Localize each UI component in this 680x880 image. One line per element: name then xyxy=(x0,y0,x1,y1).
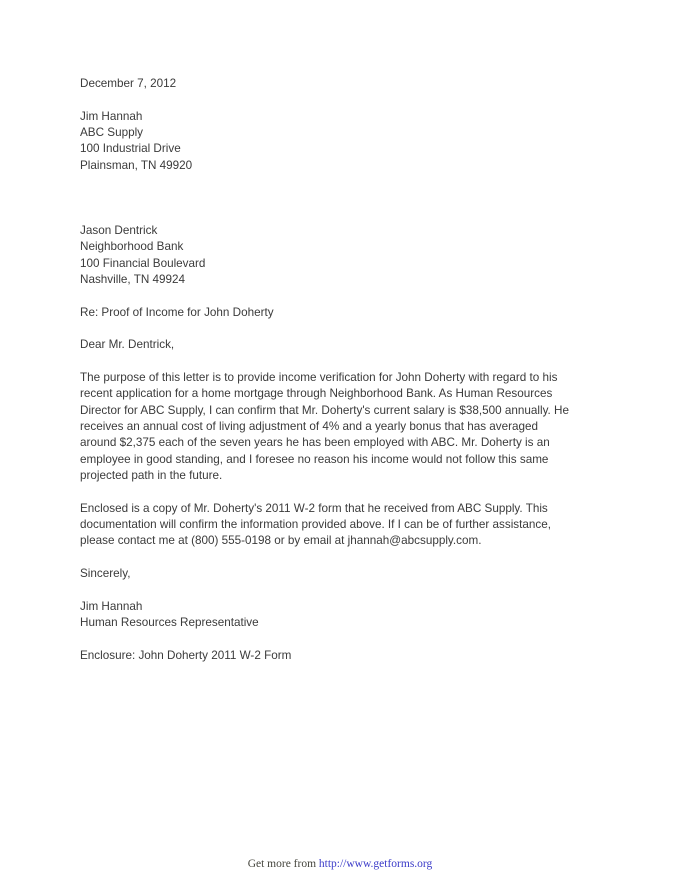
salutation: Dear Mr. Dentrick, xyxy=(80,337,640,353)
subject-line: Re: Proof of Income for John Doherty xyxy=(80,305,640,321)
body-paragraph-1: The purpose of this letter is to provide… xyxy=(80,370,640,484)
signature-name: Jim Hannah xyxy=(80,599,640,615)
enclosure-line: Enclosure: John Doherty 2011 W-2 Form xyxy=(80,648,640,664)
page-footer: Get more from http://www.getforms.org xyxy=(0,857,680,872)
sender-name: Jim Hannah xyxy=(80,109,640,125)
sender-company: ABC Supply xyxy=(80,125,640,141)
sender-street: 100 Industrial Drive xyxy=(80,141,640,157)
recipient-address: Jason Dentrick Neighborhood Bank 100 Fin… xyxy=(80,223,640,288)
recipient-street: 100 Financial Boulevard xyxy=(80,256,640,272)
recipient-company: Neighborhood Bank xyxy=(80,239,640,255)
closing: Sincerely, xyxy=(80,566,640,582)
recipient-name: Jason Dentrick xyxy=(80,223,640,239)
recipient-city-line: Nashville, TN 49924 xyxy=(80,272,640,288)
signature-title: Human Resources Representative xyxy=(80,615,640,631)
footer-text: Get more from xyxy=(248,858,319,870)
letter-content: December 7, 2012 Jim Hannah ABC Supply 1… xyxy=(80,76,640,664)
sender-city-line: Plainsman, TN 49920 xyxy=(80,158,640,174)
date-line: December 7, 2012 xyxy=(80,76,640,92)
body-paragraph-2: Enclosed is a copy of Mr. Doherty's 2011… xyxy=(80,501,640,550)
signature-block: Jim Hannah Human Resources Representativ… xyxy=(80,599,640,632)
footer-link[interactable]: http://www.getforms.org xyxy=(319,858,432,870)
sender-address: Jim Hannah ABC Supply 100 Industrial Dri… xyxy=(80,109,640,174)
letter-page: December 7, 2012 Jim Hannah ABC Supply 1… xyxy=(0,0,680,880)
